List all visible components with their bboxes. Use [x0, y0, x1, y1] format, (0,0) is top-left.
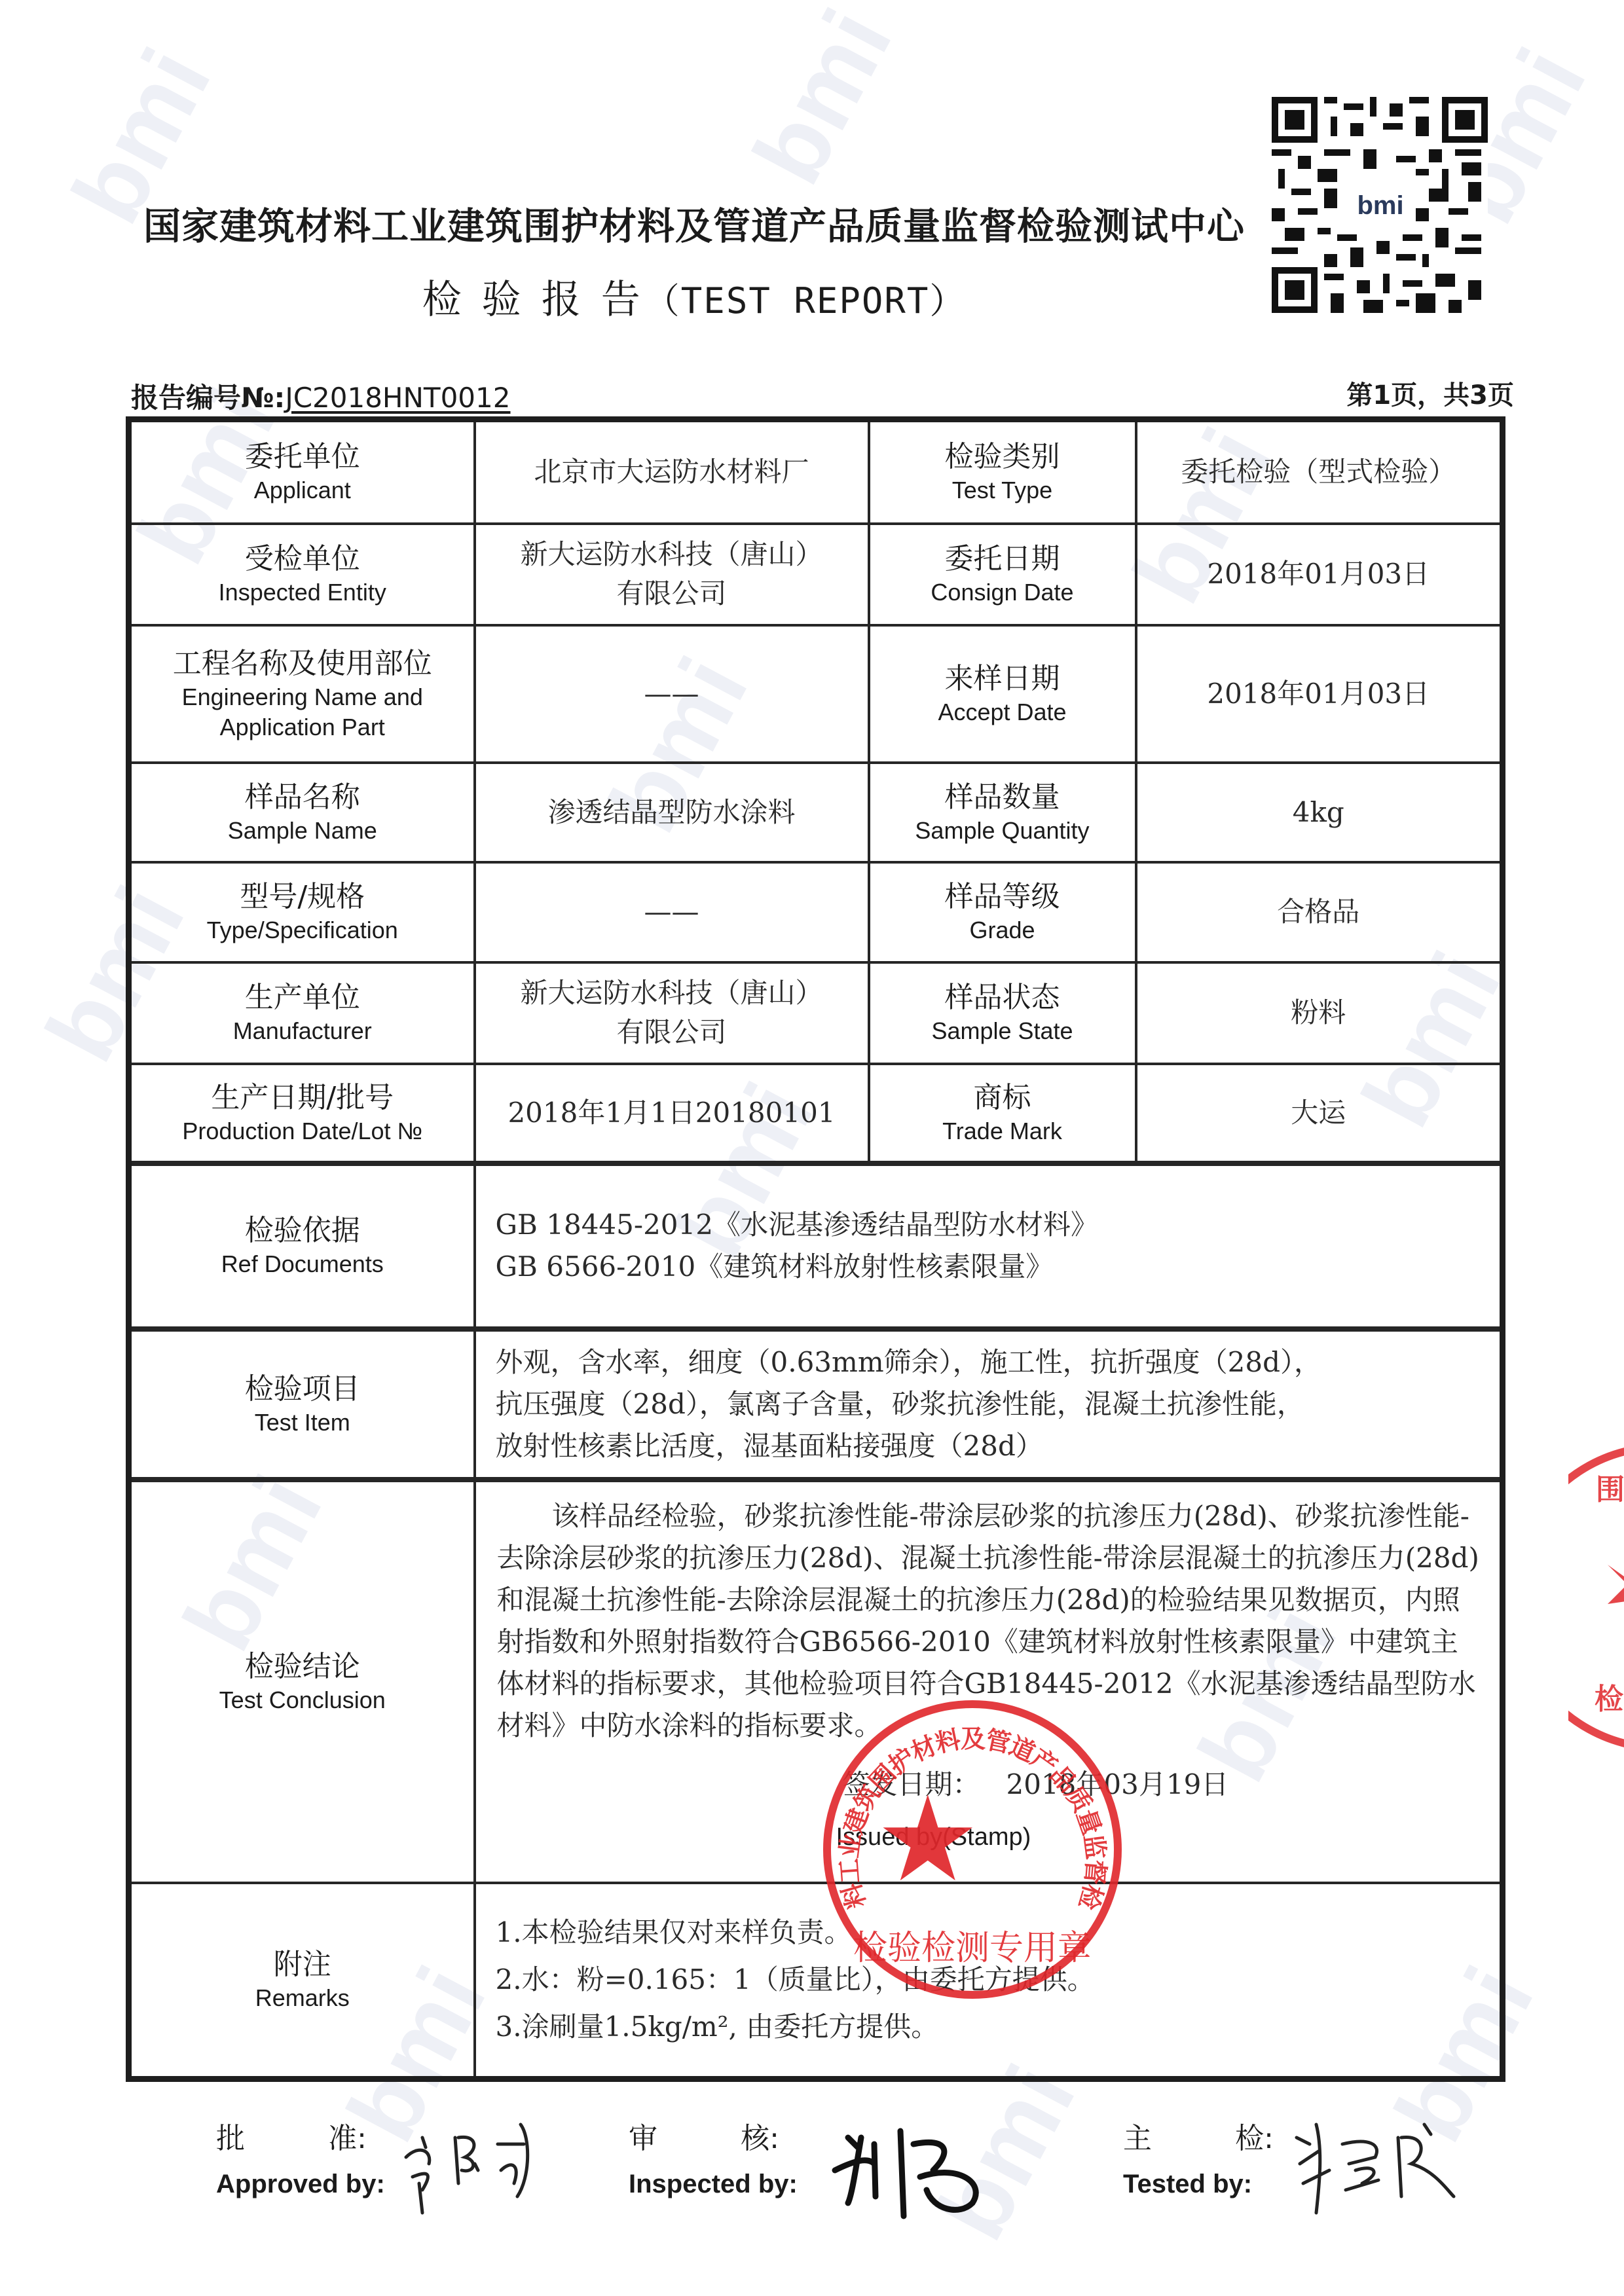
approved-label-zh: 批准:: [216, 2115, 367, 2157]
svg-text:检: 检: [1595, 1683, 1623, 1716]
value-inspected-entity: 新大运防水科技（唐山）有限公司: [475, 524, 869, 625]
label-en: Sample Quantity: [870, 816, 1135, 846]
label-char: 检:: [1235, 2115, 1274, 2157]
label-en: Sample State: [870, 1016, 1135, 1046]
label-zh: 生产日期/批号: [132, 1080, 473, 1116]
label-test-items: 检验项目Test Item: [129, 1329, 475, 1480]
value-grade: 合格品: [1136, 862, 1503, 962]
label-char: 批: [216, 2115, 245, 2157]
value-line: 有限公司: [476, 574, 868, 613]
tested-signature: [1283, 2098, 1467, 2229]
label-zh: 商标: [870, 1080, 1135, 1116]
label-zh: 生产单位: [132, 979, 473, 1016]
table-row-conclusion: 检验结论Test Conclusion 该样品经检验，砂浆抗渗性能-带涂层砂浆的…: [129, 1480, 1503, 1883]
handwritten-signature-icon: [393, 2098, 563, 2229]
value-remarks: 1.本检验结果仅对来样负责。 2.水：粉=0.165：1（质量比），由委托方提供…: [475, 1883, 1503, 2079]
label-trade-mark: 商标Trade Mark: [869, 1064, 1136, 1163]
issued-by-stamp-label: Issued by(Stamp): [836, 1816, 1031, 1858]
value-applicant: 北京市大运防水材料厂: [475, 420, 869, 524]
report-title-zh: 检 验 报 告: [422, 277, 644, 323]
handwritten-signature-icon: [1283, 2098, 1467, 2229]
table-row-production-date: 生产日期/批号Production Date/Lot № 2018年1月1日20…: [129, 1064, 1503, 1163]
value-type-spec: ——: [475, 862, 869, 962]
inspected-by-label: 审核: Inspected by:: [629, 2115, 798, 2199]
label-sample-name: 样品名称Sample Name: [129, 763, 475, 862]
label-consign-date: 委托日期Consign Date: [869, 524, 1136, 625]
issue-date-label: 签发日期：: [843, 1768, 980, 1800]
report-number-value: JC2018HNT0012: [285, 382, 510, 414]
label-zh: 样品名称: [132, 779, 473, 816]
page-indicator: 第1页，共3页: [1346, 374, 1514, 412]
value-line: 新大运防水科技（唐山）: [476, 974, 868, 1013]
value-sample-state: 粉料: [1136, 962, 1503, 1064]
ref-document-line: GB 6566-2010《建筑材料放射性核素限量》: [496, 1246, 1481, 1288]
approved-label-en: Approved by:: [216, 2170, 385, 2199]
table-row-sample-name: 样品名称Sample Name 渗透结晶型防水涂料 样品数量Sample Qua…: [129, 763, 1503, 862]
label-production-date: 生产日期/批号Production Date/Lot №: [129, 1064, 475, 1163]
test-item-line: 外观，含水率，细度（0.63mm筛余），施工性，抗折强度（28d），: [496, 1341, 1481, 1383]
label-sample-quantity: 样品数量Sample Quantity: [869, 763, 1136, 862]
label-en: Ref Documents: [132, 1249, 473, 1279]
remark-line: 3.涂刷量1.5kg/m², 由委托方提供。: [496, 2003, 1481, 2050]
label-zh: 检验结论: [132, 1649, 473, 1685]
value-manufacturer: 新大运防水科技（唐山）有限公司: [475, 962, 869, 1064]
label-en: Sample Name: [132, 816, 473, 846]
value-sample-name: 渗透结晶型防水涂料: [475, 763, 869, 862]
label-zh: 检验依据: [132, 1212, 473, 1249]
label-en: Application Part: [132, 712, 473, 742]
issue-date-row: 签发日期：2018年03月19日: [843, 1764, 1229, 1806]
test-item-line: 抗压强度（28d），氯离子含量，砂浆抗渗性能，混凝土抗渗性能，: [496, 1383, 1481, 1425]
report-number-label: 报告编号№:: [131, 382, 285, 414]
label-grade: 样品等级Grade: [869, 862, 1136, 962]
label-en: Manufacturer: [132, 1016, 473, 1046]
label-char: 准:: [328, 2115, 367, 2157]
value-line: 有限公司: [476, 1013, 868, 1052]
label-en: Test Type: [870, 475, 1135, 505]
handwritten-signature-icon: [822, 2098, 1012, 2229]
label-en: Accept Date: [870, 697, 1135, 727]
conclusion-text: 该样品经检验，砂浆抗渗性能-带涂层砂浆的抗渗压力(28d)、砂浆抗渗性能-去除涂…: [497, 1495, 1482, 1747]
label-en: Test Conclusion: [132, 1685, 473, 1715]
label-char: 审: [629, 2115, 657, 2157]
label-en: Production Date/Lot №: [132, 1116, 473, 1146]
issue-date-value: 2018年03月19日: [1006, 1768, 1229, 1800]
value-ref-documents: GB 18445-2012《水泥基渗透结晶型防水材料》 GB 6566-2010…: [475, 1163, 1503, 1329]
label-zh: 委托单位: [132, 439, 473, 475]
label-zh: 样品等级: [870, 879, 1135, 915]
label-conclusion: 检验结论Test Conclusion: [129, 1480, 475, 1883]
value-test-items: 外观，含水率，细度（0.63mm筛余），施工性，抗折强度（28d）， 抗压强度（…: [475, 1329, 1503, 1480]
value-consign-date: 2018年01月03日: [1136, 524, 1503, 625]
label-zh: 来样日期: [870, 661, 1135, 697]
test-item-line: 放射性核素比活度，湿基面粘接强度（28d）: [496, 1425, 1481, 1467]
label-en: Engineering Name and: [132, 682, 473, 712]
bmi-logo-text: bmi: [1357, 191, 1403, 221]
label-en: Type/Specification: [132, 915, 473, 945]
tested-by-label: 主检: Tested by:: [1123, 2115, 1274, 2199]
seal-fragment-icon: 围 检: [1568, 1434, 1624, 1761]
label-en: Inspected Entity: [132, 577, 473, 608]
inspected-label-zh: 审核:: [629, 2115, 779, 2157]
label-zh: 型号/规格: [132, 879, 473, 915]
label-inspected-entity: 受检单位Inspected Entity: [129, 524, 475, 625]
label-sample-state: 样品状态Sample State: [869, 962, 1136, 1064]
label-char: 主: [1123, 2115, 1152, 2157]
value-production-date: 2018年1月1日20180101: [475, 1064, 869, 1163]
cross-page-seal: 围 检: [1568, 1434, 1624, 1761]
remark-line: 1.本检验结果仅对来样负责。: [496, 1909, 1481, 1956]
label-zh: 委托日期: [870, 541, 1135, 577]
label-zh: 样品数量: [870, 779, 1135, 816]
value-trade-mark: 大运: [1136, 1064, 1503, 1163]
label-zh: 工程名称及使用部位: [132, 646, 473, 682]
table-row-ref-documents: 检验依据Ref Documents GB 18445-2012《水泥基渗透结晶型…: [129, 1163, 1503, 1329]
table-row-engineering-name: 工程名称及使用部位Engineering Name andApplication…: [129, 625, 1503, 763]
approved-signature: [393, 2098, 563, 2229]
value-sample-quantity: 4kg: [1136, 763, 1503, 862]
label-en: Grade: [870, 915, 1135, 945]
approved-by-label: 批准: Approved by:: [216, 2115, 385, 2199]
label-zh: 检验项目: [132, 1371, 473, 1408]
inspected-signature: [822, 2098, 1012, 2229]
label-en: Consign Date: [870, 577, 1135, 608]
table-row-test-items: 检验项目Test Item 外观，含水率，细度（0.63mm筛余），施工性，抗折…: [129, 1329, 1503, 1480]
report-table: 委托单位Applicant 北京市大运防水材料厂 检验类别Test Type 委…: [126, 416, 1505, 2082]
table-row-type-spec: 型号/规格Type/Specification —— 样品等级Grade 合格品: [129, 862, 1503, 962]
table-row-applicant: 委托单位Applicant 北京市大运防水材料厂 检验类别Test Type 委…: [129, 420, 1503, 524]
label-en: Trade Mark: [870, 1116, 1135, 1146]
label-char: 核:: [741, 2115, 779, 2157]
value-test-type: 委托检验（型式检验）: [1136, 420, 1503, 524]
inspected-label-en: Inspected by:: [629, 2170, 798, 2199]
label-zh: 附注: [132, 1946, 473, 1983]
label-ref-documents: 检验依据Ref Documents: [129, 1163, 475, 1329]
value-conclusion: 该样品经检验，砂浆抗渗性能-带涂层砂浆的抗渗压力(28d)、砂浆抗渗性能-去除涂…: [475, 1480, 1503, 1883]
report-number: 报告编号№:JC2018HNT0012: [131, 376, 510, 416]
label-type-spec: 型号/规格Type/Specification: [129, 862, 475, 962]
report-page: 国家建筑材料工业建筑围护材料及管道产品质量监督检验测试中心 检 验 报 告（TE…: [0, 0, 1624, 2296]
label-en: Test Item: [132, 1408, 473, 1438]
label-remarks: 附注Remarks: [129, 1883, 475, 2079]
label-en: Remarks: [132, 1983, 473, 2013]
value-engineering-name: ——: [475, 625, 869, 763]
qr-code[interactable]: bmi: [1272, 97, 1488, 313]
report-title-en: （TEST REPORT）: [644, 280, 967, 321]
label-en: Applicant: [132, 475, 473, 505]
label-zh: 检验类别: [870, 439, 1135, 475]
table-row-remarks: 附注Remarks 1.本检验结果仅对来样负责。 2.水：粉=0.165：1（质…: [129, 1883, 1503, 2079]
tested-label-en: Tested by:: [1123, 2170, 1274, 2199]
bmi-logo: bmi: [1352, 177, 1409, 234]
label-zh: 受检单位: [132, 541, 473, 577]
value-accept-date: 2018年01月03日: [1136, 625, 1503, 763]
label-engineering-name: 工程名称及使用部位Engineering Name andApplication…: [129, 625, 475, 763]
label-manufacturer: 生产单位Manufacturer: [129, 962, 475, 1064]
ref-document-line: GB 18445-2012《水泥基渗透结晶型防水材料》: [496, 1204, 1481, 1246]
value-line: 新大运防水科技（唐山）: [476, 535, 868, 574]
table-row-inspected-entity: 受检单位Inspected Entity 新大运防水科技（唐山）有限公司 委托日…: [129, 524, 1503, 625]
label-zh: 样品状态: [870, 979, 1135, 1016]
svg-text:围: 围: [1596, 1473, 1624, 1506]
tested-label-zh: 主检:: [1123, 2115, 1274, 2157]
institution-name: 国家建筑材料工业建筑围护材料及管道产品质量监督检验测试中心: [131, 196, 1257, 250]
remark-line: 2.水：粉=0.165：1（质量比），由委托方提供。: [496, 1956, 1481, 2003]
label-accept-date: 来样日期Accept Date: [869, 625, 1136, 763]
table-row-manufacturer: 生产单位Manufacturer 新大运防水科技（唐山）有限公司 样品状态Sam…: [129, 962, 1503, 1064]
report-title: 检 验 报 告（TEST REPORT）: [131, 268, 1257, 325]
label-test-type: 检验类别Test Type: [869, 420, 1136, 524]
label-applicant: 委托单位Applicant: [129, 420, 475, 524]
